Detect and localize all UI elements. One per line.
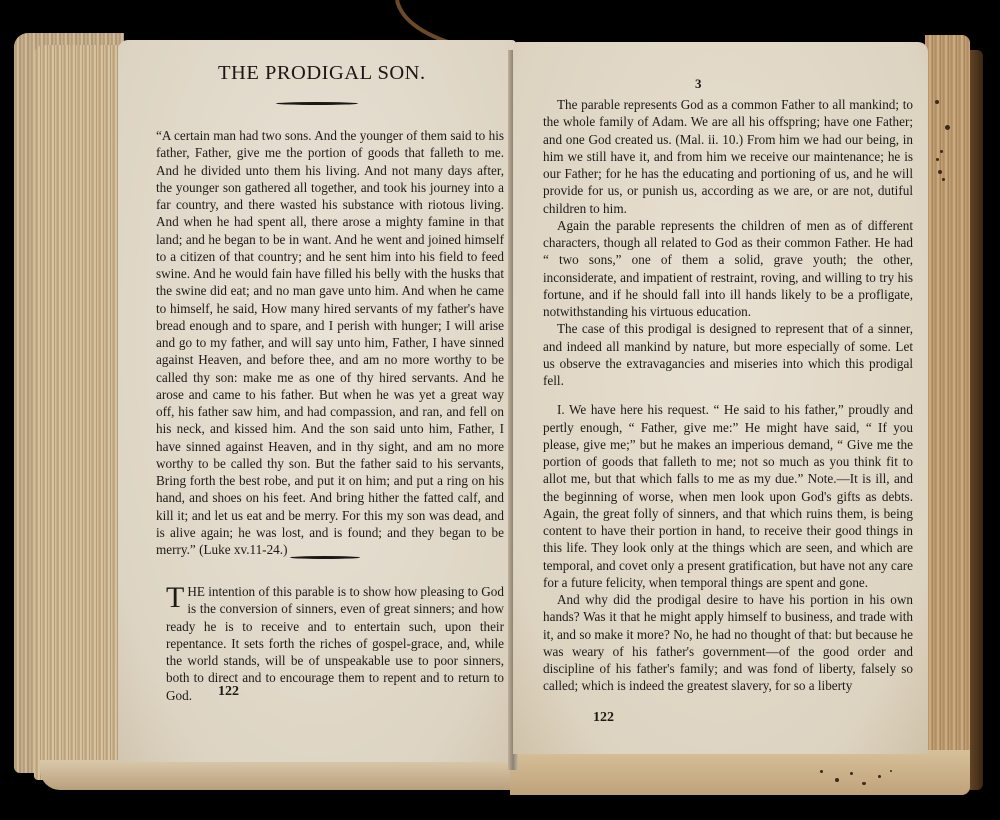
drop-cap: T: [166, 585, 184, 611]
paragraph-2: Again the parable represents the childre…: [543, 217, 913, 321]
page-number: 122: [218, 684, 239, 700]
body-text: The parable represents God as a common F…: [543, 96, 913, 695]
left-page-block-edges-inner: [34, 45, 124, 780]
page-number-top: 3: [695, 76, 702, 92]
scripture-quote: “A certain man had two sons. And the you…: [156, 127, 504, 558]
page-number: 122: [593, 710, 614, 726]
scripture-quote-text: “A certain man had two sons. And the you…: [156, 127, 504, 558]
ornamental-rule-bottom: [290, 556, 360, 559]
right-page-bottom-edge: [510, 750, 970, 795]
ornamental-rule-top: [276, 102, 358, 105]
paragraph-1: The parable represents God as a common F…: [543, 96, 913, 217]
intro-paragraph: T HE intention of this parable is to sho…: [166, 583, 504, 704]
paragraph-5: And why did the prodigal desire to have …: [543, 591, 913, 695]
open-book: THE PRODIGAL SON. “A certain man had two…: [0, 0, 1000, 820]
paragraph-3: The case of this prodigal is designed to…: [543, 320, 913, 389]
paragraph-4: I. We have here his request. “ He said t…: [543, 401, 913, 591]
right-page: 3 The parable represents God as a common…: [513, 42, 928, 754]
left-page-bottom-edge: [40, 760, 520, 790]
left-page: THE PRODIGAL SON. “A certain man had two…: [118, 40, 516, 762]
page-title: THE PRODIGAL SON.: [218, 62, 426, 85]
right-page-block-edges: [925, 35, 970, 795]
intro-text: HE intention of this parable is to show …: [166, 584, 504, 703]
